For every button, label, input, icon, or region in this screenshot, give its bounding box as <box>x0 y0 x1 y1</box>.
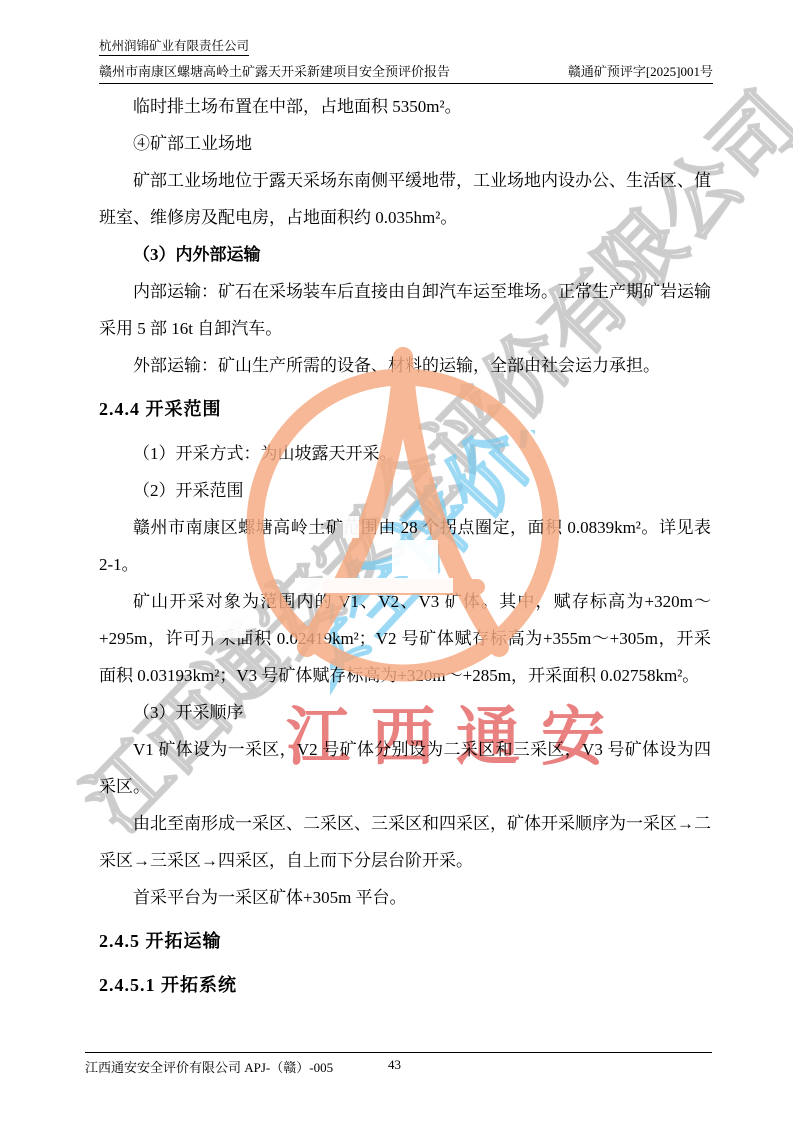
document-body: 临时排土场布置在中部，占地面积 5350m²。 ④矿部工业场地 矿部工业场地位于… <box>0 0 793 1004</box>
paragraph: 内部运输：矿石在采场装车后直接由自卸汽车运至堆场。正常生产期矿岩运输采用 5 部… <box>99 273 711 347</box>
paragraph: 赣州市南康区螺塘高岭土矿范围由 28 个拐点圈定，面积 0.0839km²。详见… <box>99 509 711 583</box>
paragraph: ④矿部工业场地 <box>99 125 711 162</box>
paragraph: 矿山开采对象为范围内的 V1、V2、V3 矿体。其中，赋存标高为+320m～+2… <box>99 583 711 694</box>
paragraph: （2）开采范围 <box>99 472 711 509</box>
paragraph: 外部运输：矿山生产所需的设备、材料的运输，全部由社会运力承担。 <box>99 347 711 384</box>
page-footer: 江西通安安全评价有限公司 APJ-（赣）-005 43 <box>85 1052 712 1076</box>
paragraph: （1）开采方式：为山坡露天开采。 <box>99 435 711 472</box>
section-heading: 2.4.5 开拓运输 <box>99 923 711 960</box>
section-heading: 2.4.4 开采范围 <box>99 391 711 428</box>
footer-company-id: 江西通安安全评价有限公司 APJ-（赣）-005 <box>85 1060 333 1075</box>
document-page: 江西通安安全评价有限公司 江西通安安全评价有限公司 江西通安 杭州润锦矿业有限责… <box>0 0 793 1122</box>
paragraph: （3）开采顺序 <box>99 694 711 731</box>
paragraph: 首采平台为一采区矿体+305m 平台。 <box>99 879 711 916</box>
sub-heading: （3）内外部运输 <box>99 236 711 273</box>
paragraph: 由北至南形成一采区、二采区、三采区和四采区，矿体开采顺序为一采区→二采区→三采区… <box>99 805 711 879</box>
footer-page-number: 43 <box>388 1057 401 1073</box>
paragraph: 临时排土场布置在中部，占地面积 5350m²。 <box>99 88 711 125</box>
paragraph: V1 矿体设为一采区，V2 号矿体分别设为二采区和三采区，V3 号矿体设为四采区… <box>99 731 711 805</box>
paragraph: 矿部工业场地位于露天采场东南侧平缓地带，工业场地内设办公、生活区、值班室、维修房… <box>99 162 711 236</box>
section-heading: 2.4.5.1 开拓系统 <box>99 967 711 1004</box>
